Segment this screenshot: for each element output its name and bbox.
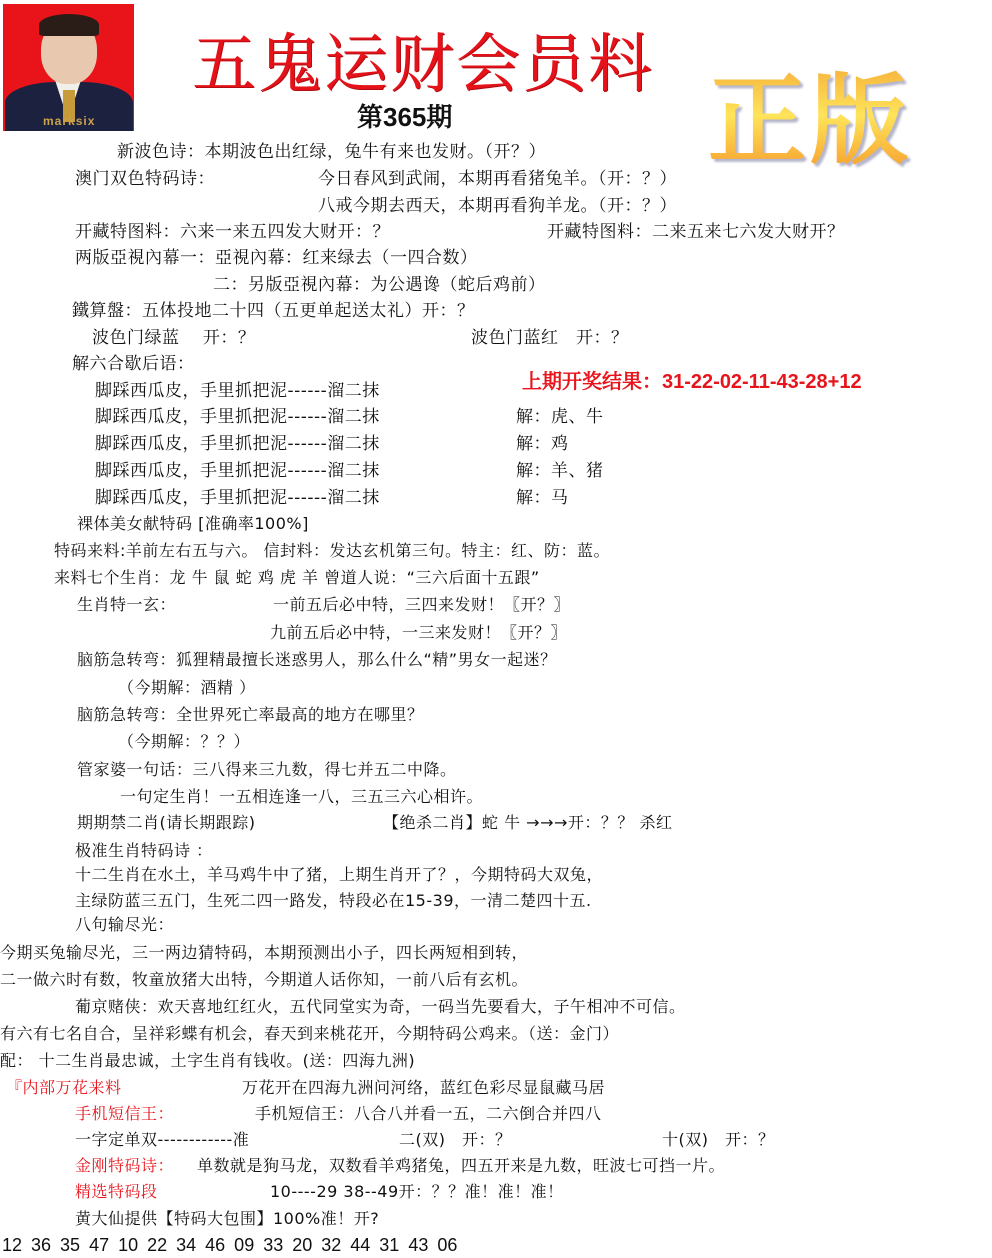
wave-gate-green-blue: 波色门绿蓝 开：？ [92, 327, 255, 349]
hidden-chart-left: 开藏特图料：六来一来五四发大财开：？ [75, 221, 390, 243]
kill-two-zodiacs: 【绝杀二肖】蛇 牛 →→→开：？？ 杀红 [383, 812, 672, 834]
page-title: 五鬼运财会员料 [192, 30, 654, 100]
number-pool: 12 36 35 47 10 22 34 46 09 33 20 32 44 3… [2, 1234, 457, 1256]
brain-teaser-2: 脑筋急转弯：全世界死亡率最高的地方在哪里？ [77, 704, 424, 726]
last-draw-numbers: 31-22-02-11-43-28+12 [662, 371, 862, 393]
riddle-line: 脚踩西瓜皮，手里抓把泥------溜二抹 [95, 460, 380, 482]
macau-poem-line1: 今日春风到武闹，本期再看猪兔羊。（开：？） [318, 168, 677, 190]
lisboa-gambler-2: 有六有七名自合，呈祥彩蝶有机会，春天到来桃花开，今期特码公鸡来。（送：金门） [0, 1023, 619, 1045]
banned-zodiacs: 期期禁二肖(请长期跟踪) [77, 812, 256, 834]
selected-range-text: 10----29 38--49开：？？准！准！准！ [270, 1181, 564, 1203]
vajra-poem-label: 金刚特码诗： [75, 1155, 174, 1177]
hidden-chart-right: 开藏特图料：二来五来七六发大财开？ [547, 221, 845, 243]
portrait-hair [39, 14, 99, 36]
eight-lines-2: 二一做六时有数，牧童放猪大出特，今期道人话你知，一前八后有玄机。 [0, 969, 528, 991]
selected-range-label: 精选特码段 [75, 1181, 158, 1203]
riddle-heading: 解六合歇后语： [72, 353, 195, 375]
lisboa-gambler: 葡京赌侠：欢天喜地红红火，五代同堂实为奇，一码当先要看大，子午相冲不可信。 [75, 996, 686, 1018]
zodiac-mystery-line2: 九前五后必中特，一三来发财！〖开？〗 [270, 622, 567, 644]
atv-insider-one: 两版亞視內幕一：亞視內幕：红来绿去（一四合数） [75, 247, 478, 269]
zodiac-poem-line2: 主绿防蓝三五门，生死二四一路发，特段必在15-39，一清二楚四十五. [75, 890, 592, 912]
riddle-line: 脚踩西瓜皮，手里抓把泥------溜二抹 [95, 380, 380, 402]
riddle-answer: 解：羊、猪 [516, 460, 604, 482]
brain-teaser-1-answer: （今期解：酒精 ） [118, 677, 256, 699]
macau-poem-line2: 八戒今期去西天，本期再看狗羊龙。（开：？） [318, 195, 677, 217]
eight-lines-1: 今期买兔输尽光，三一两边猜特码，本期预测出小子，四长两短相到转， [0, 942, 528, 964]
last-draw-label: 上期开奖结果： [522, 371, 662, 393]
zodiac-mystery-line1: 一前五后必中特，三四来发财！〖开？〗 [273, 594, 570, 616]
atv-insider-two: 二：另版亞視內幕：为公遇谗（蛇后鸡前） [213, 274, 546, 296]
special-code-source: 特码来料:羊前左右五与六。 信封料：发达玄机第三句。特主：红、防：蓝。 [54, 540, 610, 562]
riddle-line: 脚踩西瓜皮，手里抓把泥------溜二抹 [95, 487, 380, 509]
vajra-poem-text: 单数就是狗马龙，双数看羊鸡猪兔，四五开来是九数，旺波七可挡一片。 [197, 1155, 725, 1177]
riddle-line: 脚踩西瓜皮，手里抓把泥------溜二抹 [95, 406, 380, 428]
iron-abacus: 鐵算盤：五体投地二十四（五更单起送太礼）开：？ [72, 300, 475, 322]
inside-flowers-label: 『内部万花来料 [6, 1077, 122, 1099]
brain-teaser-1: 脑筋急转弯：狐狸精最擅长迷惑男人，那么什么“精”男女一起迷？ [77, 649, 557, 671]
zodiac-poem-line1: 十二生肖在水土，羊马鸡牛中了猪，上期生肖开了？，今期特码大双兔， [75, 864, 603, 886]
wave-color-poem: 新波色诗：本期波色出红绿，兔牛有来也发财。（开？） [117, 141, 546, 163]
wave-gate-blue-red: 波色门蓝红 开：？ [471, 327, 629, 349]
odd-even-ten: 十(双) 开：？ [662, 1129, 775, 1151]
brain-teaser-2-answer: （今期解：？？） [118, 731, 250, 753]
sms-king-label: 手机短信王： [75, 1103, 174, 1125]
zodiac-one-line: 一句定生肖！一五相连逢一八，三五三六心相许。 [120, 786, 483, 808]
riddle-answer: 解：虎、牛 [516, 406, 604, 428]
housekeeper-saying: 管家婆一句话：三八得来三九数，得七并五二中降。 [77, 759, 457, 781]
odd-even-two: 二(双) 开：？ [399, 1129, 512, 1151]
zodiac-poem-heading: 极准生肖特码诗 ： [75, 840, 213, 862]
portrait-photo: marksix [3, 4, 134, 131]
riddle-answer: 解：鸡 [516, 433, 569, 455]
accuracy-claim: 裸体美女献特码 [准确率100%] [77, 513, 309, 535]
riddle-answer: 解：马 [516, 487, 569, 509]
issue-number: 第365期 [357, 102, 452, 132]
zodiac-mystery-label: 生肖特一玄： [77, 594, 176, 616]
seven-zodiacs: 来料七个生肖：龙 牛 鼠 蛇 鸡 虎 羊 曾道人说：“三六后面十五跟” [54, 567, 540, 589]
last-draw-result: 上期开奖结果：31-22-02-11-43-28+12 [522, 369, 862, 395]
riddle-line: 脚踩西瓜皮，手里抓把泥------溜二抹 [95, 433, 380, 455]
photo-watermark: marksix [43, 114, 95, 128]
genuine-badge: 正版 [708, 66, 912, 176]
inside-flowers-text: 万花开在四海九洲问河络，蓝红色彩尽显鼠藏马居 [242, 1077, 605, 1099]
wong-tai-sin-heading: 黄大仙提供【特码大包围】100%准！开? [75, 1208, 379, 1230]
pairing-line: 配： 十二生肖最忠诚，土字生肖有钱收。(送：四海九洲) [0, 1050, 415, 1072]
sms-king-text: 手机短信王：八合八并看一五，二六倒合并四八 [255, 1103, 602, 1125]
eight-lines-heading: 八句输尽光： [75, 914, 174, 936]
odd-even-pick: 一字定单双------------准 [75, 1129, 249, 1151]
macau-poem-label: 澳门双色特码诗： [75, 168, 215, 190]
